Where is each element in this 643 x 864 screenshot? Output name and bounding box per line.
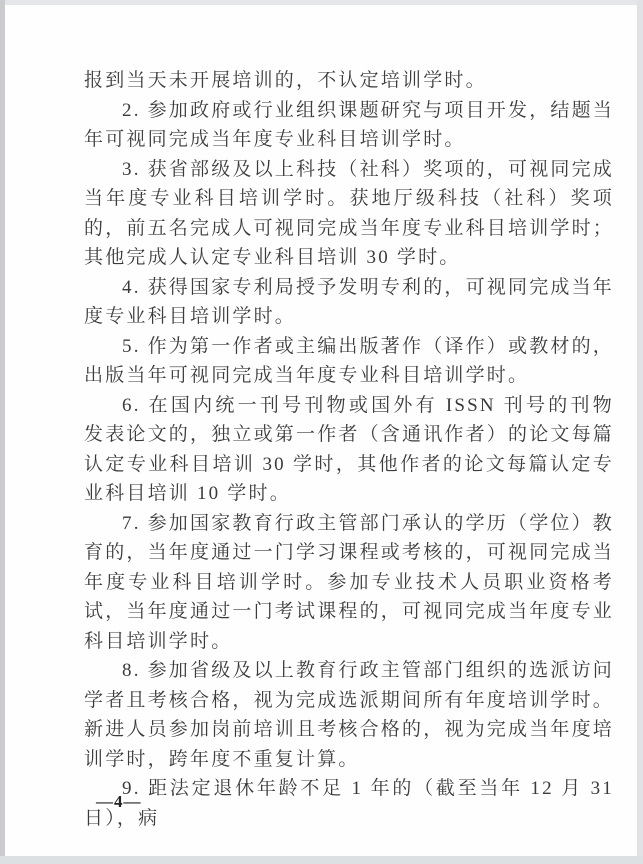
scan-edge-top [0,0,643,5]
scan-edge-left [0,0,5,864]
scanned-document-page: 报到当天未开展培训的，不认定培训学时。 2. 参加政府或行业组织课题研究与项目开… [0,0,643,864]
paragraph-item-7: 7. 参加国家教育行政主管部门承认的学历（学位）教育的，当年度通过一门学习课程或… [84,509,614,657]
page-number: —4— [96,792,142,812]
paragraph-item-6: 6. 在国内统一刊号刊物或国外有 ISSN 刊号的刊物发表论文的，独立或第一作者… [84,391,614,509]
scan-edge-right [637,0,643,864]
paragraph-item-2: 2. 参加政府或行业组织课题研究与项目开发，结题当年可视同完成当年度专业科目培训… [84,96,614,155]
paragraph-item-4: 4. 获得国家专利局授予发明专利的，可视同完成当年度专业科目培训学时。 [84,273,614,332]
paragraph-item-5: 5. 作为第一作者或主编出版著作（译作）或教材的，出版当年可视同完成当年度专业科… [84,332,614,391]
paragraph-item-8: 8. 参加省级及以上教育行政主管部门组织的选派访问学者且考核合格，视为完成选派期… [84,656,614,774]
paragraph-item-3: 3. 获省部级及以上科技（社科）奖项的，可视同完成当年度专业科目培训学时。获地厅… [84,155,614,273]
paragraph-item-9: 9. 距法定退休年龄不足 1 年的（截至当年 12 月 31 日），病 [84,774,614,833]
document-body-text: 报到当天未开展培训的，不认定培训学时。 2. 参加政府或行业组织课题研究与项目开… [84,66,614,833]
scan-edge-bottom [0,856,643,864]
paragraph-continuation: 报到当天未开展培训的，不认定培训学时。 [84,66,614,96]
